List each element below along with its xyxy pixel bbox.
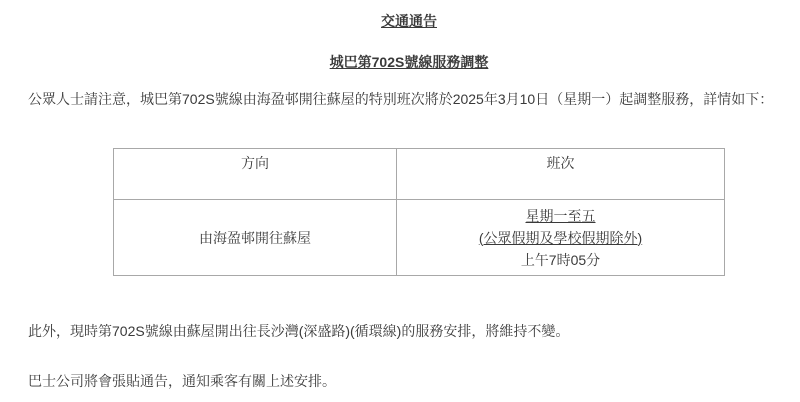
note-service-unchanged: 此外，現時第702S號線由蘇屋開出往長沙灣(深盛路)(循環線)的服務安排，將維持… — [28, 321, 790, 342]
notice-title: 交通通告 — [28, 11, 790, 32]
notice-page: 交通通告 城巴第702S號線服務調整 公眾人士請注意，城巴第702S號線由海盈邨… — [0, 0, 800, 402]
schedule-cell: 星期一至五 (公眾假期及學校假期除外) 上午7時05分 — [397, 200, 725, 276]
schedule-departure-time: 上午7時05分 — [397, 249, 724, 271]
direction-cell: 由海盈邨開往蘇屋 — [114, 200, 397, 276]
schedule-weekdays: 星期一至五 — [397, 205, 724, 227]
table-row: 由海盈邨開往蘇屋 星期一至五 (公眾假期及學校假期除外) 上午7時05分 — [114, 200, 725, 276]
notice-subtitle: 城巴第702S號線服務調整 — [28, 52, 790, 73]
schedule-table: 方向 班次 由海盈邨開往蘇屋 星期一至五 (公眾假期及學校假期除外) 上午7時0… — [113, 148, 725, 276]
header-cell-schedule: 班次 — [397, 149, 725, 200]
note-posting: 巴士公司將會張貼通告，通知乘客有關上述安排。 — [28, 371, 790, 392]
table-header-row: 方向 班次 — [114, 149, 725, 200]
notice-intro: 公眾人士請注意，城巴第702S號線由海盈邨開往蘇屋的特別班次將於2025年3月1… — [28, 89, 790, 110]
schedule-holiday-exception: (公眾假期及學校假期除外) — [397, 227, 724, 249]
header-cell-direction: 方向 — [114, 149, 397, 200]
